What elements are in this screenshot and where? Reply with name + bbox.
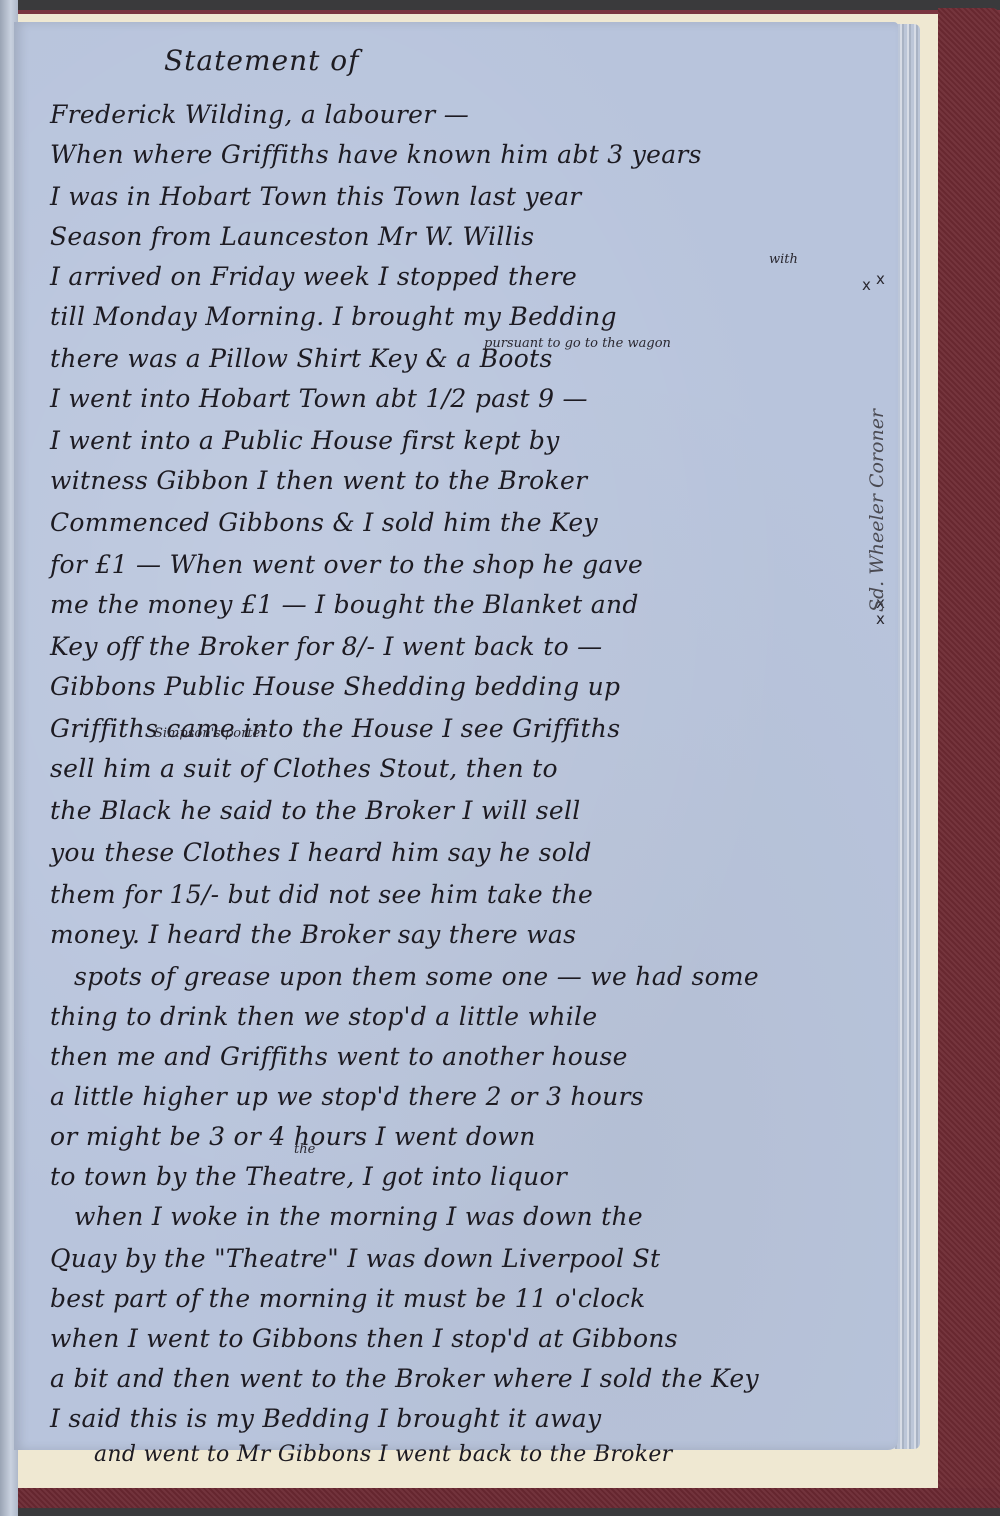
interlinear-note: with [769,252,798,267]
text-line: you these Clothes I heard him say he sol… [50,838,592,867]
text-line: or might be 3 or 4 hours I went down [50,1122,536,1151]
text-line: I said this is my Bedding I brought it a… [50,1404,601,1433]
interlinear-note: the [294,1142,315,1157]
margin-signature-note: Sd. Wheeler Coroner [866,409,888,612]
text-line: thing to drink then we stop'd a little w… [50,1002,597,1031]
text-line: money. I heard the Broker say there was [50,920,576,949]
text-line: Gibbons Public House Shedding bedding up [50,672,620,701]
book-binding-bottom [10,1488,1000,1508]
text-line: sell him a suit of Clothes Stout, then t… [50,754,558,783]
manuscript-page: Statement of Frederick Wilding, a labour… [14,22,898,1450]
text-line: When where Griffiths have known him abt … [50,140,702,169]
text-line: I went into a Public House first kept by [50,426,560,455]
book-binding-right [938,8,1000,1508]
text-line: I went into Hobart Town abt 1/2 past 9 — [50,384,588,413]
text-line: for £1 — When went over to the shop he g… [50,550,643,579]
page-title: Statement of [164,44,359,77]
text-line: best part of the morning it must be 11 o… [50,1284,646,1313]
text-line: witness Gibbon I then went to the Broker [50,466,587,495]
margin-mark: x [862,276,871,294]
text-line: there was a Pillow Shirt Key & a Boots [50,344,553,373]
text-line: me the money £1 — I bought the Blanket a… [50,590,639,619]
text-line: Quay by the "Theatre" I was down Liverpo… [50,1244,660,1273]
text-line: and went to Mr Gibbons I went back to th… [94,1442,672,1467]
margin-mark: x [876,610,885,628]
margin-mark: x [876,270,885,288]
text-line: them for 15/- but did not see him take t… [50,880,593,909]
text-line: Season from Launceston Mr W. Willis [50,222,534,251]
text-line: spots of grease upon them some one — we … [74,962,759,991]
text-line: I was in Hobart Town this Town last year [50,182,582,211]
text-line: Commenced Gibbons & I sold him the Key [50,508,598,537]
text-line: a bit and then went to the Broker where … [50,1364,759,1393]
text-line: Frederick Wilding, a labourer — [50,100,469,129]
interlinear-note: Simpson's porter [154,726,266,741]
text-line: a little higher up we stop'd there 2 or … [50,1082,644,1111]
text-line: then me and Griffiths went to another ho… [50,1042,628,1071]
text-line: till Monday Morning. I brought my Beddin… [50,302,617,331]
text-line: I arrived on Friday week I stopped there [50,262,577,291]
text-line: Griffiths came into the House I see Grif… [50,714,620,743]
text-line: when I went to Gibbons then I stop'd at … [50,1324,678,1353]
text-line: to town by the Theatre, I got into liquo… [50,1162,567,1191]
text-line: when I woke in the morning I was down th… [74,1202,643,1231]
text-line: Key off the Broker for 8/- I went back t… [50,632,602,661]
text-line: the Black he said to the Broker I will s… [50,796,581,825]
